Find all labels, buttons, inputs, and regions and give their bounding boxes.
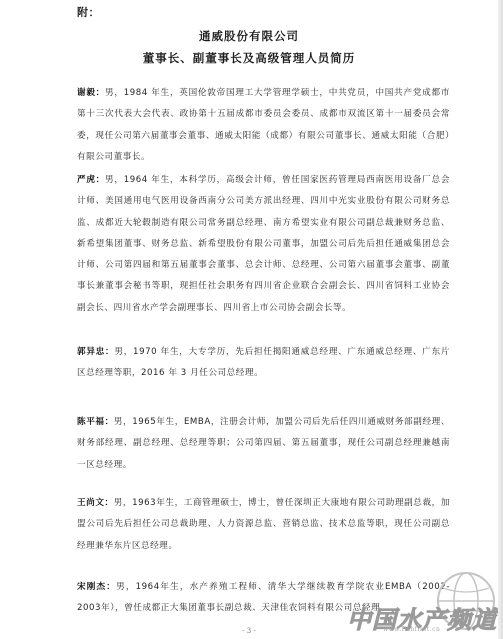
bio-text: 男，1963年生，工商管理硕士，博士，曾任深圳正大康地有限公司助理副总裁，加盟公… <box>77 498 450 551</box>
bio-text: 男，1964 年生，本科学历，高级会计师，曾任国家医药管理局西南医用设备厂总会计… <box>77 175 450 313</box>
bio-name: 郭异忠： <box>77 347 114 357</box>
bio-name: 王尚文： <box>77 498 114 508</box>
bio-paragraph: 谢毅：男，1984 年生，英国伦敦帝国理工大学管理学硕士，中共党员，中国共产党成… <box>77 83 450 168</box>
document-page: 附： 通威股份有限公司 董事长、副董事长及高级管理人员简历 谢毅：男，1984 … <box>0 0 498 639</box>
bio-text: 男，1965年生，EMBA，注册会计师，加盟公司后先后任四川通威财务部副经理、财… <box>77 417 450 470</box>
bio-text: 男，1970 年生，大专学历，先后担任揭阳通威总经理、广东通威总经理、广东片区总… <box>77 347 450 378</box>
bio-text: 男，1984 年生，英国伦敦帝国理工大学管理学硕士，中共党员，中国共产党成都市第… <box>77 88 450 162</box>
bio-text: 男，1964年生，水产养殖工程师、清华大学继续教育学院农业EMBA（2002-2… <box>77 582 450 613</box>
bio-paragraph: 宋刚杰：男，1964年生，水产养殖工程师、清华大学继续教育学院农业EMBA（20… <box>77 577 450 620</box>
page-number: - 3 - <box>0 627 498 635</box>
bio-paragraph: 陈平福：男，1965年生，EMBA，注册会计师，加盟公司后先后任四川通威财务部副… <box>77 412 450 476</box>
bio-name: 严虎： <box>77 175 105 185</box>
bio-name: 陈平福： <box>77 417 114 427</box>
bio-name: 宋刚杰： <box>77 582 116 592</box>
company-title: 通威股份有限公司 <box>0 28 498 44</box>
bio-paragraph: 严虎：男，1964 年生，本科学历，高级会计师，曾任国家医药管理局西南医用设备厂… <box>77 170 450 319</box>
page-edge <box>498 0 503 639</box>
bio-paragraph: 郭异忠：男，1970 年生，大专学历，先后担任揭阳通威总经理、广东通威总经理、广… <box>77 342 450 385</box>
bio-paragraph: 王尚文：男，1963年生，工商管理硕士，博士，曾任深圳正大康地有限公司助理副总裁… <box>77 493 450 557</box>
document-title: 董事长、副董事长及高级管理人员简历 <box>0 50 498 66</box>
annex-label: 附： <box>77 4 100 20</box>
bio-name: 谢毅： <box>77 88 105 98</box>
